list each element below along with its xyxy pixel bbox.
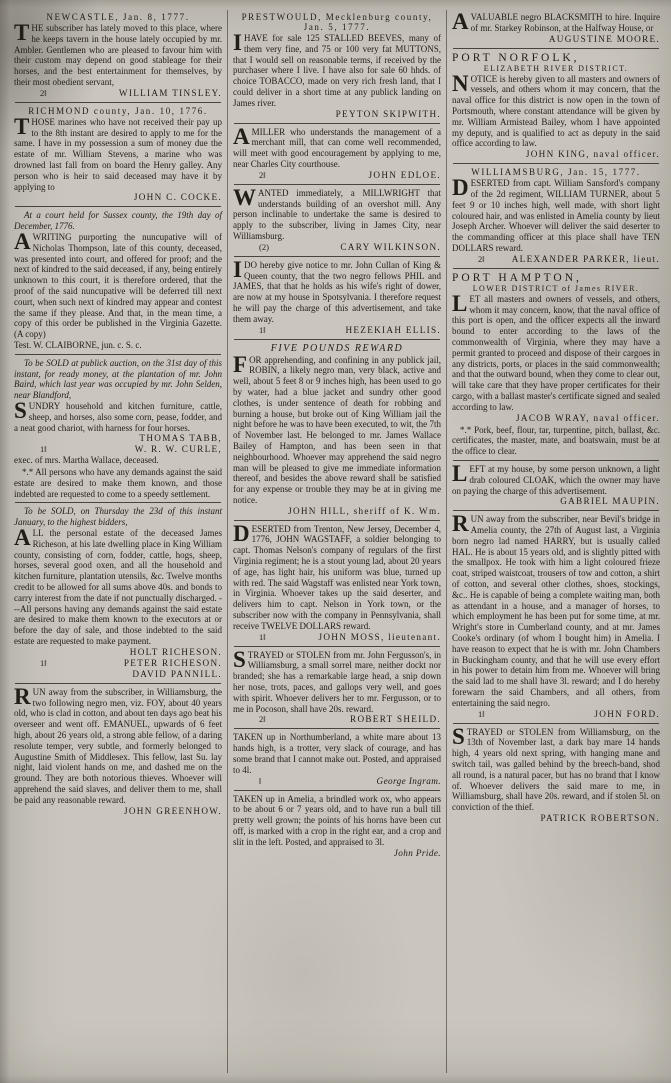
drop-cap-initial: I	[233, 260, 244, 279]
ad-para: *.* Pork, beef, flour, tar, turpentine, …	[452, 425, 660, 457]
ad-divider-rule	[453, 723, 659, 724]
signature-line: 1‖W. R. W. CURLE,	[14, 444, 222, 455]
newspaper-page: NEWCASTLE, Jan. 8, 1777.THE subscriber h…	[0, 0, 671, 1083]
signature-line: (2)CARY WILKINSON.	[233, 242, 441, 253]
drop-cap-initial: T	[14, 23, 31, 42]
advertisement: STRAYED or STOLEN from Williamsburg, on …	[452, 727, 660, 824]
advertisement: TAKEN up in Northumberland, a white mare…	[233, 732, 441, 786]
ad-body: THOSE marines who have not received thei…	[14, 117, 222, 193]
signature-name: ALEXANDER PARKER, lieut.	[512, 254, 660, 265]
ad-body: I DO hereby give notice to mr. John Cull…	[233, 260, 441, 325]
advertisement: PORT HAMPTON,LOWER DISTRICT of James RIV…	[452, 272, 660, 457]
ad-body: DESERTED from capt. William Sansford's c…	[452, 178, 660, 254]
advertisement: At a court held for Sussex county, the 1…	[14, 210, 222, 350]
signature-name: WILLIAM TINSLEY.	[119, 88, 222, 99]
ad-body: A VALUABLE negro BLACKSMITH to hire. Inq…	[452, 12, 660, 34]
ad-divider-rule	[15, 683, 221, 684]
advertisement: FIVE POUNDS REWARDFOR apprehending, and …	[233, 343, 441, 517]
advertisement: RUN away from the subscriber, near Bevil…	[452, 514, 660, 719]
signature-name: PATRICK ROBERTSON.	[540, 813, 660, 824]
signature-name: John Pride.	[394, 848, 441, 859]
advertisement: WANTED immediately, a MILLWRIGHT that un…	[233, 188, 441, 253]
signature-name: JOHN MOSS, lieutenant.	[318, 632, 441, 643]
ad-body: RUN away from the subscriber, in William…	[14, 687, 222, 806]
advertisement: PRESTWOULD, Mecklenburg county, Jan. 5, …	[233, 12, 441, 120]
signature-name: JACOB WRAY, naval officer.	[516, 413, 660, 424]
advertisement: LEFT at my house, by some person unknown…	[452, 464, 660, 507]
ad-divider-rule	[234, 256, 440, 257]
drop-cap-initial: T	[14, 117, 31, 136]
signature-name: JOHN GREENHOW.	[124, 806, 222, 817]
ad-divider-rule	[234, 184, 440, 185]
signature-name: George Ingram.	[377, 776, 441, 787]
ad-divider-rule	[234, 339, 440, 340]
ad-body: WANTED immediately, a MILLWRIGHT that un…	[233, 188, 441, 242]
ad-dateline: PRESTWOULD, Mecklenburg county, Jan. 5, …	[233, 12, 441, 32]
ad-body: A WRITING purporting the nuncupative wil…	[14, 232, 222, 340]
insertion-count-mark: 2‖	[259, 170, 266, 181]
signature-line: 2‖ALEXANDER PARKER, lieut.	[452, 254, 660, 265]
signature-line: John Pride.	[233, 848, 441, 859]
ad-dateline: RICHMOND county, Jan. 10, 1776.	[14, 106, 222, 116]
advertisement: RUN away from the subscriber, in William…	[14, 687, 222, 817]
signature-line: DAVID PANNILL.	[14, 669, 222, 680]
columns-container: NEWCASTLE, Jan. 8, 1777.THE subscriber h…	[0, 0, 671, 1073]
drop-cap-initial: R	[452, 514, 471, 533]
advertisement: RICHMOND county, Jan. 10, 1776.THOSE mar…	[14, 106, 222, 204]
ad-subhead: ELIZABETH RIVER DISTRICT.	[452, 64, 660, 73]
ad-body: ALL the personal estate of the deceased …	[14, 528, 222, 647]
insertion-count-mark: 2‖	[259, 714, 266, 725]
insertion-count-mark: ‖	[259, 776, 261, 787]
signature-line: ‖George Ingram.	[233, 776, 441, 787]
insertion-count-mark: 1‖	[40, 444, 47, 455]
ad-body: FOR apprehending, and confining in any p…	[233, 355, 441, 506]
ad-divider-rule	[453, 163, 659, 164]
ad-divider-rule	[234, 646, 440, 647]
signature-name: PETER RICHESON.	[124, 658, 222, 669]
ad-divider-rule	[453, 48, 659, 49]
advertisement: PORT NORFOLK,ELIZABETH RIVER DISTRICT.NO…	[452, 52, 660, 161]
ad-body: STRAYED or STOLEN from Williamsburg, on …	[452, 727, 660, 813]
signature-line: 2‖ROBERT SHEILD.	[233, 714, 441, 725]
drop-cap-initial: S	[452, 727, 467, 746]
signature-line: 2‖JOHN EDLOE.	[233, 170, 441, 181]
advertisement: STRAYED or STOLEN from mr. John Fergusso…	[233, 650, 441, 726]
advertisement: To be SOLD, on Thursday the 23d of this …	[14, 506, 222, 679]
ad-body: I HAVE for sale 125 STALLED BEEVES, many…	[233, 33, 441, 109]
insertion-count-mark: (2)	[259, 242, 269, 253]
ad-divider-rule	[234, 790, 440, 791]
drop-cap-initial: F	[233, 355, 249, 374]
drop-cap-initial: A	[452, 12, 471, 31]
signature-name: JOHN C. COCKE.	[134, 192, 222, 203]
insertion-count-mark: 2‖	[40, 88, 47, 99]
ad-divider-rule	[15, 502, 221, 503]
ad-dateline: WILLIAMSBURG, Jan. 15, 1777.	[452, 167, 660, 177]
ad-body: LEFT at my house, by some person unknown…	[452, 464, 660, 496]
drop-cap-initial: L	[452, 294, 469, 313]
signature-name: THOMAS TABB,	[139, 433, 222, 444]
signature-line: GABRIEL MAUPIN.	[452, 496, 660, 507]
ad-intro: To be SOLD at publick auction, on the 31…	[14, 358, 222, 401]
drop-cap-initial: N	[452, 74, 471, 93]
signature-line: 1‖JOHN MOSS, lieutenant.	[233, 632, 441, 643]
signature-name: ROBERT SHEILD.	[350, 714, 441, 725]
signature-line: PATRICK ROBERTSON.	[452, 813, 660, 824]
ad-body: DESERTED from Trenton, New Jersey, Decem…	[233, 524, 441, 632]
signature-line: JOHN KING, naval officer.	[452, 149, 660, 160]
signature-line: PEYTON SKIPWITH.	[233, 109, 441, 120]
advertisement: A MILLER who understands the management …	[233, 127, 441, 181]
ad-body: A MILLER who understands the management …	[233, 127, 441, 170]
ad-heading: PORT HAMPTON,	[452, 272, 660, 284]
signature-line: JOHN HILL, sheriff of K. Wm.	[233, 506, 441, 517]
ad-heading: PORT NORFOLK,	[452, 52, 660, 64]
signature-name: CARY WILKINSON.	[340, 242, 441, 253]
ad-divider-rule	[453, 510, 659, 511]
signature-name: HEZEKIAH ELLIS.	[345, 325, 441, 336]
ad-note: exec. of mrs. Martha Wallace, deceased.	[14, 455, 222, 466]
signature-line: 1‖JOHN FORD.	[452, 709, 660, 720]
ad-body: THE subscriber has lately moved to this …	[14, 23, 222, 88]
signature-line: JOHN C. COCKE.	[14, 192, 222, 203]
drop-cap-initial: A	[233, 127, 252, 146]
drop-cap-initial: W	[233, 188, 258, 207]
advertisement: DESERTED from Trenton, New Jersey, Decem…	[233, 524, 441, 643]
ad-plain: TAKEN up in Northumberland, a white mare…	[233, 732, 441, 775]
ad-plain: TAKEN up in Amelia, a brindled work ox, …	[233, 794, 441, 848]
ad-body: NOTICE is hereby given to all masters an…	[452, 74, 660, 150]
signature-line: HOLT RICHESON.	[14, 647, 222, 658]
signature-name: AUGUSTINE MOORE.	[549, 34, 660, 45]
insertion-count-mark: 1‖	[40, 658, 47, 669]
drop-cap-initial: A	[14, 528, 33, 547]
ad-dateline: NEWCASTLE, Jan. 8, 1777.	[14, 12, 222, 22]
ad-body: STRAYED or STOLEN from mr. John Fergusso…	[233, 650, 441, 715]
drop-cap-initial: S	[233, 650, 248, 669]
advertisement: TAKEN up in Amelia, a brindled work ox, …	[233, 794, 441, 859]
signature-line: THOMAS TABB,	[14, 433, 222, 444]
ad-divider-rule	[15, 206, 221, 207]
insertion-count-mark: 1‖	[259, 632, 266, 643]
ad-divider-rule	[234, 520, 440, 521]
drop-cap-initial: D	[452, 178, 471, 197]
signature-name: DAVID PANNILL.	[132, 669, 222, 680]
signature-name: HOLT RICHESON.	[130, 647, 222, 658]
insertion-count-mark: 2‖	[478, 254, 485, 265]
signature-name: JOHN EDLOE.	[369, 170, 441, 181]
ad-divider-rule	[453, 460, 659, 461]
signature-line: 2‖WILLIAM TINSLEY.	[14, 88, 222, 99]
insertion-count-mark: 1‖	[478, 709, 485, 720]
signature-name: PEYTON SKIPWITH.	[336, 109, 441, 120]
column-3: A VALUABLE negro BLACKSMITH to hire. Inq…	[446, 10, 665, 1073]
signature-line: JOHN GREENHOW.	[14, 806, 222, 817]
drop-cap-initial: L	[452, 464, 469, 483]
ad-divider-rule	[234, 123, 440, 124]
advertisement: A VALUABLE negro BLACKSMITH to hire. Inq…	[452, 12, 660, 45]
advertisement: WILLIAMSBURG, Jan. 15, 1777.DESERTED fro…	[452, 167, 660, 265]
column-2: PRESTWOULD, Mecklenburg county, Jan. 5, …	[227, 10, 446, 1073]
ad-subhead: LOWER DISTRICT of James RIVER.	[452, 284, 660, 293]
ad-divider-rule	[15, 102, 221, 103]
drop-cap-initial: I	[233, 33, 244, 52]
advertisement: To be SOLD at publick auction, on the 31…	[14, 358, 222, 500]
ad-divider-rule	[234, 728, 440, 729]
signature-line: JACOB WRAY, naval officer.	[452, 413, 660, 424]
drop-cap-initial: D	[233, 524, 252, 543]
signature-name: JOHN HILL, sheriff of K. Wm.	[288, 506, 441, 517]
ad-intro: To be SOLD, on Thursday the 23d of this …	[14, 506, 222, 528]
signature-line: 1‖PETER RICHESON.	[14, 658, 222, 669]
signature-line: 1‖HEZEKIAH ELLIS.	[233, 325, 441, 336]
ad-divider-rule	[453, 268, 659, 269]
signature-name: JOHN FORD.	[594, 709, 660, 720]
ad-body: SUNDRY household and kitchen furniture, …	[14, 401, 222, 433]
drop-cap-initial: R	[14, 687, 33, 706]
ad-subhead-it: FIVE POUNDS REWARD	[233, 343, 441, 354]
column-1: NEWCASTLE, Jan. 8, 1777.THE subscriber h…	[9, 10, 227, 1073]
signature-name: W. R. W. CURLE,	[135, 444, 222, 455]
ad-intro: At a court held for Sussex county, the 1…	[14, 210, 222, 232]
ad-divider-rule	[15, 354, 221, 355]
advertisement: I DO hereby give notice to mr. John Cull…	[233, 260, 441, 336]
signature-line: AUGUSTINE MOORE.	[452, 34, 660, 45]
drop-cap-initial: A	[14, 232, 33, 251]
signature-name: JOHN KING, naval officer.	[526, 149, 660, 160]
insertion-count-mark: 1‖	[259, 325, 266, 336]
drop-cap-initial: S	[14, 401, 29, 420]
signature-name: GABRIEL MAUPIN.	[560, 496, 660, 507]
ad-body: LET all masters and owners of vessels, a…	[452, 294, 660, 413]
advertisement: NEWCASTLE, Jan. 8, 1777.THE subscriber h…	[14, 12, 222, 99]
ad-body: RUN away from the subscriber, near Bevil…	[452, 514, 660, 708]
ad-para: *.* All persons who have any demands aga…	[14, 467, 222, 499]
ad-note: Test. W. CLAIBORNE, jun. c. S. c.	[14, 340, 222, 351]
